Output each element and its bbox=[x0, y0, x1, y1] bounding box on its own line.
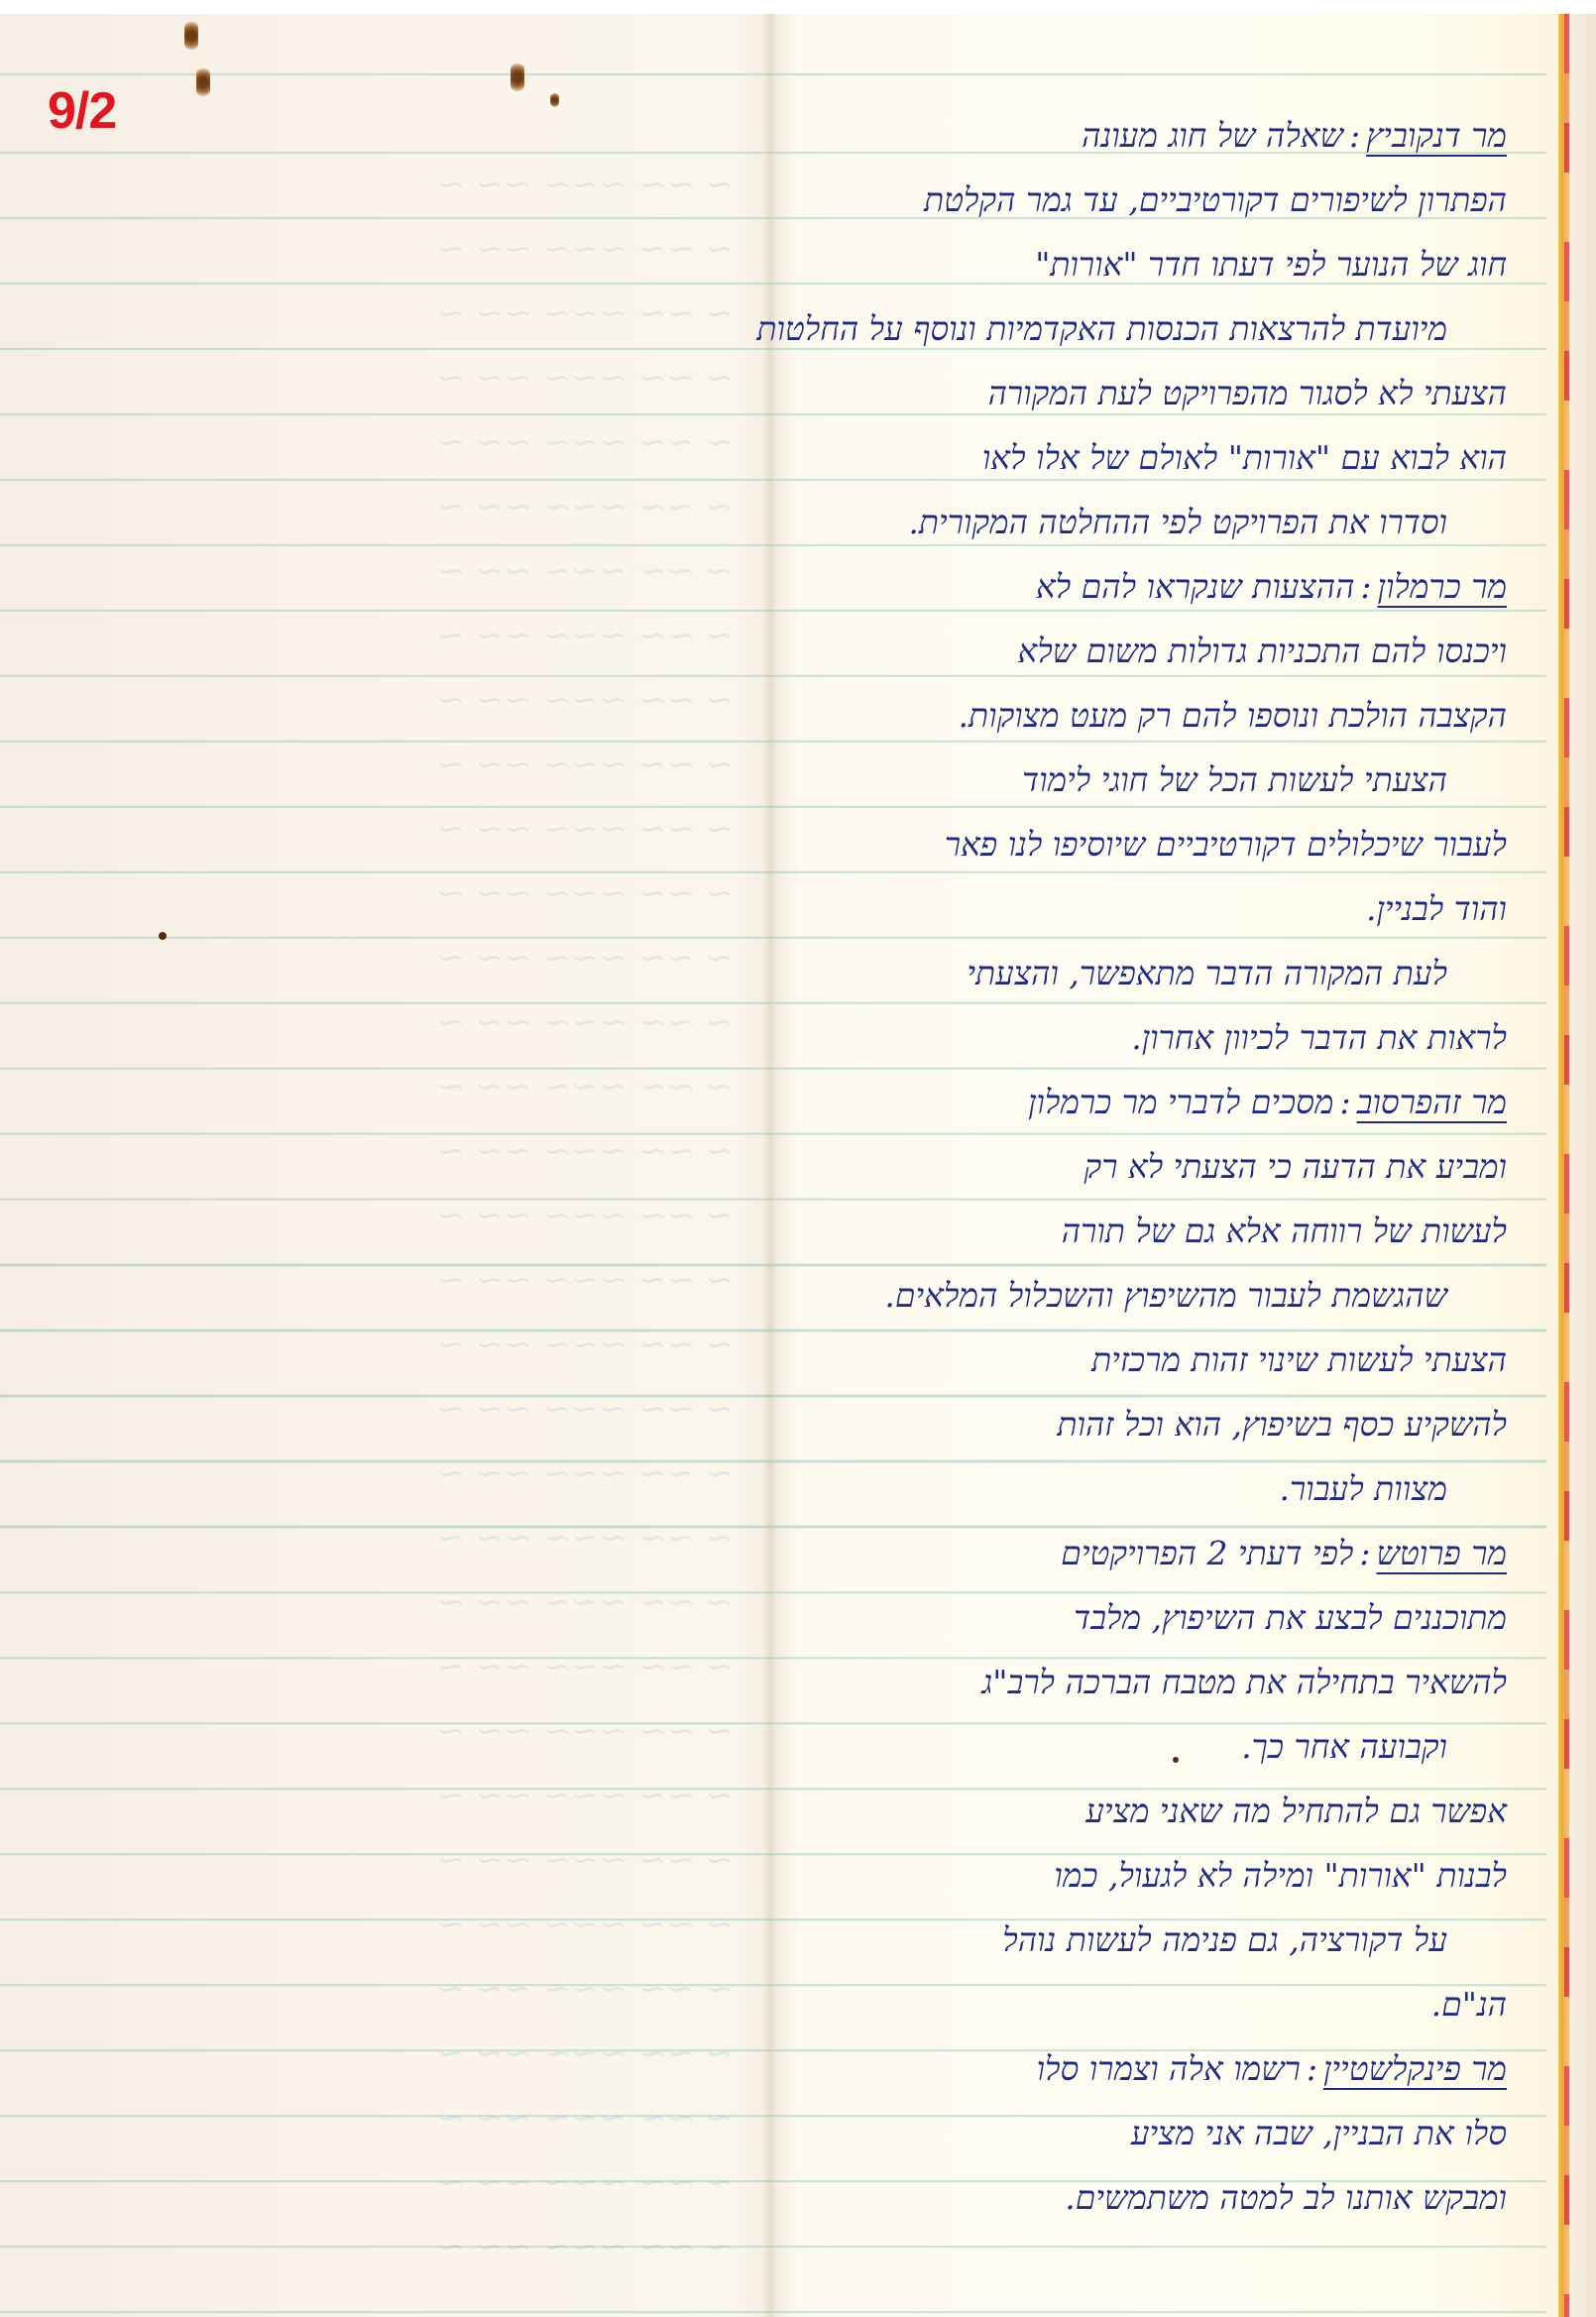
note-line: מתוכננים לבצע את השיפוץ, מלבד bbox=[753, 1585, 1507, 1650]
ghost-line: ~ ~~ ~~~ ~~ ~ bbox=[59, 282, 734, 346]
ghost-line: ~ ~~ ~~~ ~~ ~ bbox=[59, 1248, 734, 1313]
ghost-line: ~ ~~ ~~~ ~~ ~ bbox=[59, 1377, 734, 1442]
speaker-name: מר פרוטש bbox=[1376, 1534, 1507, 1572]
note-line: חוג של הנוער לפי דעתו חדר "אורות" bbox=[753, 232, 1507, 296]
speaker-line: מר דנקוביץ:שאלה של חוג מעונה bbox=[753, 103, 1507, 168]
speaker-name: מר דנקוביץ bbox=[1366, 116, 1507, 155]
note-line: ויכנסו להם התכניות גדולות משום שלא bbox=[753, 619, 1507, 683]
note-line: לעבור שיכלולים דקורטיביים שיוסיפו לנו פא… bbox=[753, 812, 1507, 876]
ghost-line: ~ ~~ ~~~ ~~ ~ bbox=[59, 1828, 734, 1893]
ghost-line: ~ ~~ ~~~ ~~ ~ bbox=[59, 733, 734, 797]
note-line: לעשות של רווחה אלא גם של תורה bbox=[753, 1199, 1507, 1263]
note-text: ההצעות שנקראו להם לא bbox=[1036, 567, 1355, 606]
note-text: שאלה של חוג מעונה bbox=[1082, 116, 1343, 155]
ghost-line: ~ ~~ ~~~ ~~ ~ bbox=[59, 604, 734, 668]
ghost-line: ~ ~~ ~~~ ~~ ~ bbox=[59, 1506, 734, 1570]
ghost-line: ~ ~~ ~~~ ~~ ~ bbox=[59, 1119, 734, 1184]
ghost-line: ~ ~~ ~~~ ~~ ~ bbox=[59, 346, 734, 410]
note-text: לפי דעתי 2 הפרויקטים bbox=[1061, 1534, 1353, 1572]
binder-hole bbox=[184, 22, 198, 50]
speaker-line: מר זהפרסוב:מסכים לדברי מר כרמלון bbox=[753, 1070, 1507, 1134]
note-line: להשאיר בתחילה את מטבח הברכה לרב"ג bbox=[753, 1650, 1507, 1714]
speaker-name: מר זהפרסוב bbox=[1357, 1083, 1507, 1121]
note-line: הפתרון לשיפורים דקורטיביים, עד גמר הקלטת bbox=[753, 168, 1507, 232]
note-text: מסכים לדברי מר כרמלון bbox=[1028, 1083, 1333, 1121]
note-line: והוד לבניין. bbox=[753, 876, 1507, 941]
ghost-line: ~ ~~ ~~~ ~~ ~ bbox=[59, 797, 734, 862]
page-edge-red bbox=[1564, 14, 1569, 2317]
ghost-line: ~ ~~ ~~~ ~~ ~ bbox=[59, 926, 734, 990]
speaker-colon: : bbox=[1360, 567, 1371, 606]
note-line: הנ"ם. bbox=[753, 1972, 1507, 2036]
speaker-name: מר כרמלון bbox=[1378, 567, 1507, 606]
speaker-colon: : bbox=[1359, 1534, 1370, 1572]
ghost-line: ~ ~~ ~~~ ~~ ~ bbox=[59, 1570, 734, 1635]
ghost-line: ~ ~~ ~~~ ~~ ~ bbox=[59, 153, 734, 217]
speaker-colon: : bbox=[1307, 2049, 1317, 2088]
speaker-name: מר פינקלשטיין bbox=[1323, 2049, 1507, 2088]
note-line: הצעתי לעשות הכל של חוגי לימוד bbox=[753, 748, 1507, 812]
ghost-line: ~ ~~ ~~~ ~~ ~ bbox=[59, 475, 734, 539]
note-line: לעת המקורה הדבר מתאפשר, והצעתי bbox=[753, 941, 1507, 1005]
note-line: לראות את הדבר לכיוון אחרון. bbox=[753, 1005, 1507, 1070]
ghost-line: ~ ~~ ~~~ ~~ ~ bbox=[59, 2086, 734, 2150]
speaker-line: מר פרוטש:לפי דעתי 2 הפרויקטים bbox=[753, 1521, 1507, 1585]
note-line: על דקורציה, גם פנימה לעשות נוהל bbox=[753, 1908, 1507, 1972]
binder-hole bbox=[511, 63, 524, 91]
ghost-line: ~ ~~ ~~~ ~~ ~ bbox=[59, 1635, 734, 1699]
ghost-line: ~ ~~ ~~~ ~~ ~ bbox=[59, 2022, 734, 2086]
speaker-line: מר פינקלשטיין:רשמו אלה וצמרו סלו bbox=[753, 2036, 1507, 2101]
ghost-line: ~ ~~ ~~~ ~~ ~ bbox=[59, 1313, 734, 1377]
note-line: הצעתי לעשות שינוי זהות מרכזית bbox=[753, 1328, 1507, 1392]
ghost-line: ~ ~~ ~~~ ~~ ~ bbox=[59, 410, 734, 475]
binder-hole bbox=[196, 68, 210, 96]
note-line: להשקיע כסף בשיפוץ, הוא וכל זהות bbox=[753, 1392, 1507, 1456]
note-line: אפשר גם להתחיל מה שאני מציע bbox=[753, 1779, 1507, 1843]
speaker-colon: : bbox=[1339, 1083, 1350, 1121]
note-line: הוא לבוא עם "אורות" לאולם של אלו לאו bbox=[753, 425, 1507, 490]
ghost-line: ~ ~~ ~~~ ~~ ~ bbox=[59, 1055, 734, 1119]
ghost-line: ~ ~~ ~~~ ~~ ~ bbox=[59, 990, 734, 1055]
ghost-line: ~ ~~ ~~~ ~~ ~ bbox=[59, 539, 734, 604]
note-line: הצעתי לא לסגור מהפרויקט לעת המקורה bbox=[753, 361, 1507, 425]
ghost-line: ~ ~~ ~~~ ~~ ~ bbox=[59, 1893, 734, 1957]
ghost-line: ~ ~~ ~~~ ~~ ~ bbox=[59, 1699, 734, 1764]
note-line: מיועדת להרצאות הכנסות האקדמיות ונוסף על … bbox=[753, 296, 1507, 361]
page-edge-paper bbox=[1570, 14, 1596, 2317]
ghost-line: ~ ~~ ~~~ ~~ ~ bbox=[59, 1957, 734, 2022]
speaker-colon: : bbox=[1349, 116, 1360, 155]
note-line: שהגשמת לעבור מהשיפוץ והשכלול המלאים. bbox=[753, 1263, 1507, 1328]
ghost-line: ~ ~~ ~~~ ~~ ~ bbox=[59, 2215, 734, 2279]
ghost-line: ~ ~~ ~~~ ~~ ~ bbox=[59, 668, 734, 733]
note-line: וסדרו את הפרויקט לפי ההחלטה המקורית. bbox=[753, 490, 1507, 554]
binder-hole bbox=[550, 93, 559, 107]
ghost-line: ~ ~~ ~~~ ~~ ~ bbox=[59, 862, 734, 926]
ghost-line: ~ ~~ ~~~ ~~ ~ bbox=[59, 2150, 734, 2215]
note-line: מצוות לעבור. bbox=[753, 1456, 1507, 1521]
ghost-line: ~ ~~ ~~~ ~~ ~ bbox=[59, 217, 734, 282]
ghost-line: ~ ~~ ~~~ ~~ ~ bbox=[59, 1184, 734, 1248]
bleed-through-text: ~ ~~ ~~~ ~~ ~~ ~~ ~~~ ~~ ~~ ~~ ~~~ ~~ ~~… bbox=[59, 153, 734, 2279]
note-text: רשמו אלה וצמרו סלו bbox=[1037, 2049, 1301, 2088]
note-line: ומבקש אותנו לב למטה משתמשים. bbox=[753, 2165, 1507, 2230]
ghost-line: ~ ~~ ~~~ ~~ ~ bbox=[59, 1764, 734, 1828]
page-label: 9/2 bbox=[48, 81, 116, 141]
note-line: לבנות "אורות" ומילה לא לגעול, כמו bbox=[753, 1843, 1507, 1908]
note-line: ומביע את הדעה כי הצעתי לא רק bbox=[753, 1134, 1507, 1199]
meeting-notes: מר דנקוביץ:שאלה של חוג מעונההפתרון לשיפו… bbox=[753, 103, 1507, 2230]
note-line: הקצבה הולכת ונוספו להם רק מעט מצוקות. bbox=[753, 683, 1507, 748]
speaker-line: מר כרמלון:ההצעות שנקראו להם לא bbox=[753, 554, 1507, 619]
ghost-line: ~ ~~ ~~~ ~~ ~ bbox=[59, 1442, 734, 1506]
note-line: וקבועה אחר כך. bbox=[753, 1714, 1507, 1779]
note-line: סלו את הבניין, שבה אני מציע bbox=[753, 2101, 1507, 2165]
